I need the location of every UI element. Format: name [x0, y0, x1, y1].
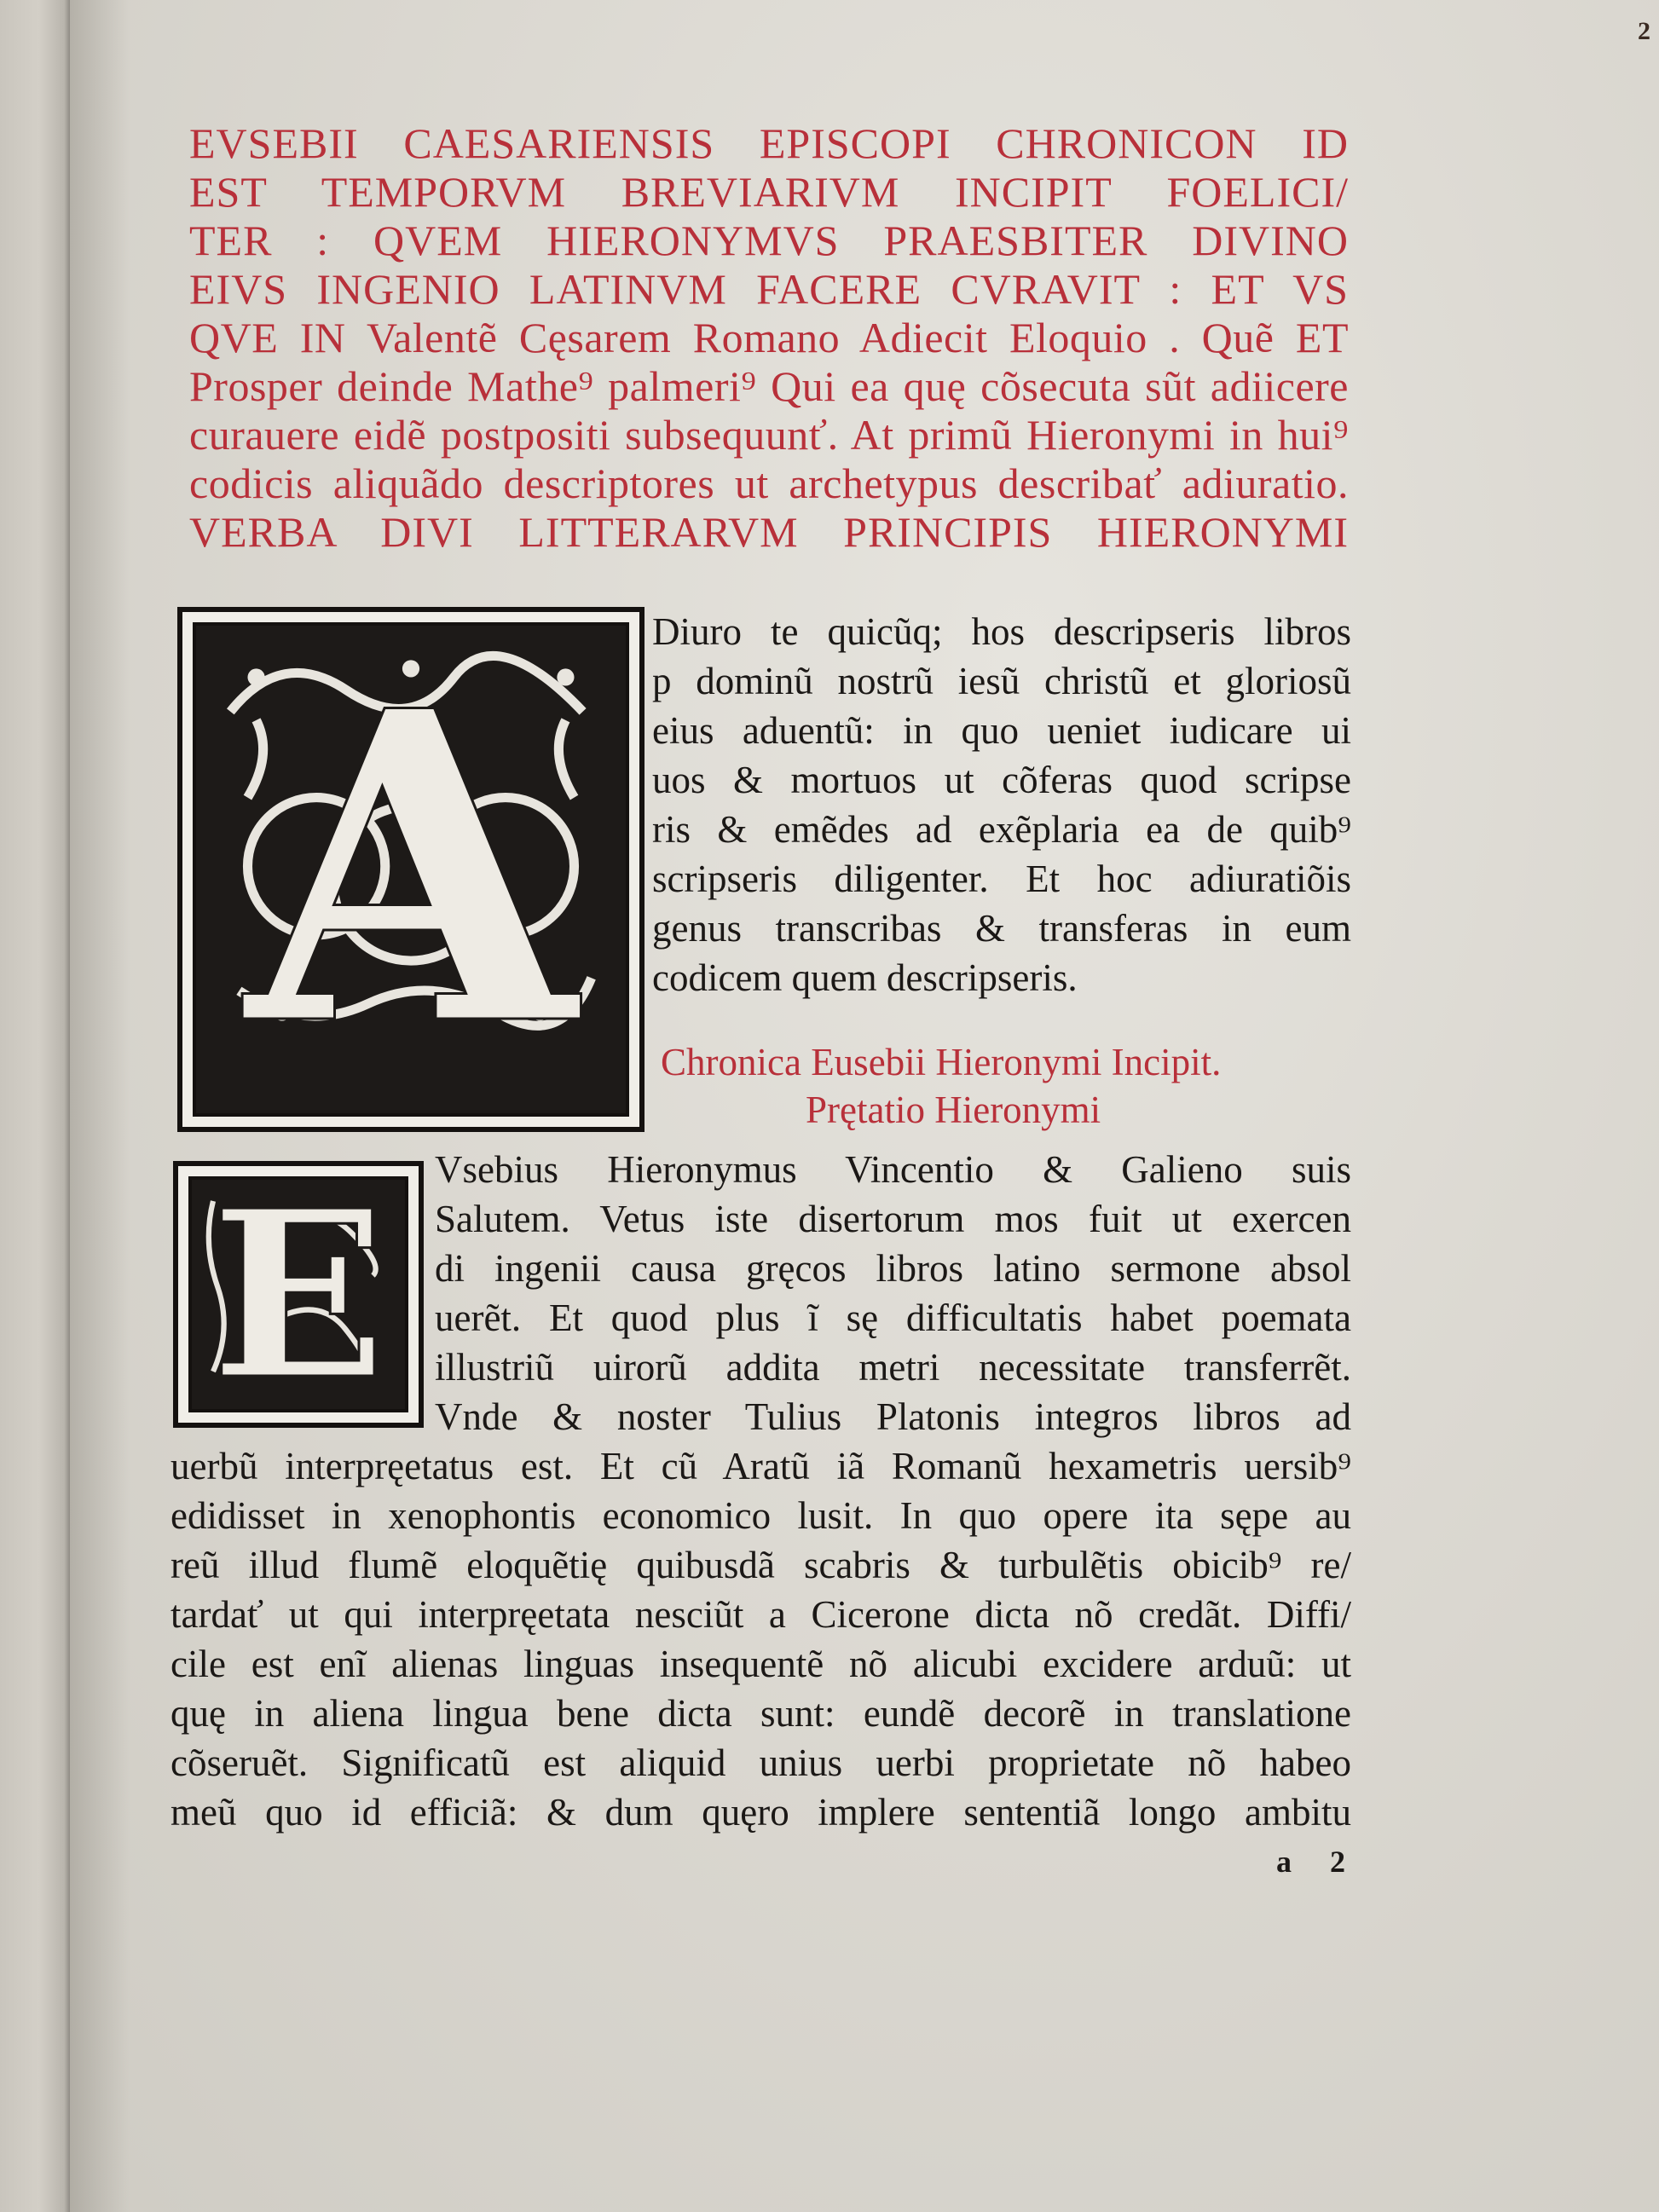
text-line: p dominũ nostrũ iesũ christũ et gloriosũ — [652, 656, 1351, 706]
rubric-line: EST TEMPORVM BREVIARIVM INCIPIT FOELICI/ — [189, 168, 1349, 217]
heading-line-2: Prętatio Hieronymi — [652, 1086, 1351, 1134]
text-line: illustriũ uirorũ addita metri necessitat… — [435, 1343, 1351, 1392]
initial-letter: A — [246, 656, 576, 1083]
text-line: ris & emẽdes ad exẽplaria ea de quib⁹ — [652, 805, 1351, 854]
rubric-line: EVSEBII CAESARIENSIS EPISCOPI CHRONICON … — [189, 119, 1349, 168]
rubric-heading-line: VERBA DIVI LITTERARVM PRINCIPIS HIERONYM… — [189, 508, 1349, 557]
text-line: di ingenii causa gręcos libros latino se… — [435, 1244, 1351, 1293]
title-rubric: EVSEBII CAESARIENSIS EPISCOPI CHRONICON … — [189, 119, 1349, 557]
rubric-line: QVE IN Valentẽ Cęsarem Romano Adiecit El… — [189, 314, 1349, 362]
scribe-oath-text: Diuro te quicũq; hos descripseris libros… — [652, 607, 1351, 1002]
decorated-initial-e: E — [173, 1161, 424, 1428]
text-line: uerbũ interpręetatus est. Et cũ Aratũ iã… — [171, 1441, 1351, 1491]
text-line: reũ illud flumẽ eloquẽtię quibusdã scabr… — [171, 1540, 1351, 1590]
corner-folio-mark: 2 — [1638, 17, 1650, 46]
signature-mark: a 2 — [1276, 1844, 1361, 1880]
rubric-line: Prosper deinde Mathe⁹ palmeri⁹ Qui ea qu… — [189, 362, 1349, 411]
text-line: cile est enĩ alienas linguas insequentẽ … — [171, 1639, 1351, 1689]
text-line: scripseris diligenter. Et hoc adiuratiõi… — [652, 854, 1351, 904]
text-line: eius aduentũ: in quo ueniet iudicare ui — [652, 706, 1351, 755]
text-line: Diuro te quicũq; hos descripseris libros — [652, 607, 1351, 656]
text-line: uerẽt. Et quod plus ĩ sę difficultatis h… — [435, 1293, 1351, 1343]
text-line: tardať ut qui interpręetata nesciũt a Ci… — [171, 1590, 1351, 1639]
text-line: Vnde & noster Tulius Platonis integros l… — [435, 1392, 1351, 1441]
rubric-line: EIVS INGENIO LATINVM FACERE CVRAVIT : ET… — [189, 265, 1349, 314]
preface-text-beside-initial: Vsebius Hieronymus Vincentio & Galieno s… — [435, 1145, 1351, 1441]
text-line: quę in aliena lingua bene dicta sunt: eu… — [171, 1689, 1351, 1738]
rubric-line: codicis aliquãdo descriptores ut archety… — [189, 459, 1349, 508]
facing-page-edge — [0, 0, 70, 2212]
section-heading: Chronica Eusebii Hieronymi Incipit. Pręt… — [652, 1038, 1351, 1134]
rubric-line: curauere eidẽ postpositi subsequunť. At … — [189, 411, 1349, 459]
rubric-line: TER : QVEM HIERONYMVS PRAESBITER DIVINO — [189, 217, 1349, 265]
text-line: Salutem. Vetus iste disertorum mos fuit … — [435, 1194, 1351, 1244]
text-line: cõseruẽt. Significatũ est aliquid unius … — [171, 1738, 1351, 1788]
text-line: meũ quo id efficiã: & dum quęro implere … — [171, 1788, 1351, 1837]
decorated-initial-a: A — [177, 607, 645, 1132]
text-line: uos & mortuos ut cõferas quod scripse — [652, 755, 1351, 805]
text-line: edidisset in xenophontis economico lusit… — [171, 1491, 1351, 1540]
text-line: codicem quem descripseris. — [652, 953, 1351, 1002]
text-line: genus transcribas & transferas in eum — [652, 904, 1351, 953]
heading-line-1: Chronica Eusebii Hieronymi Incipit. — [652, 1038, 1351, 1086]
preface-text-full-width: uerbũ interpręetatus est. Et cũ Aratũ iã… — [171, 1441, 1351, 1837]
text-line: Vsebius Hieronymus Vincentio & Galieno s… — [435, 1145, 1351, 1194]
initial-letter: E — [211, 1180, 386, 1410]
